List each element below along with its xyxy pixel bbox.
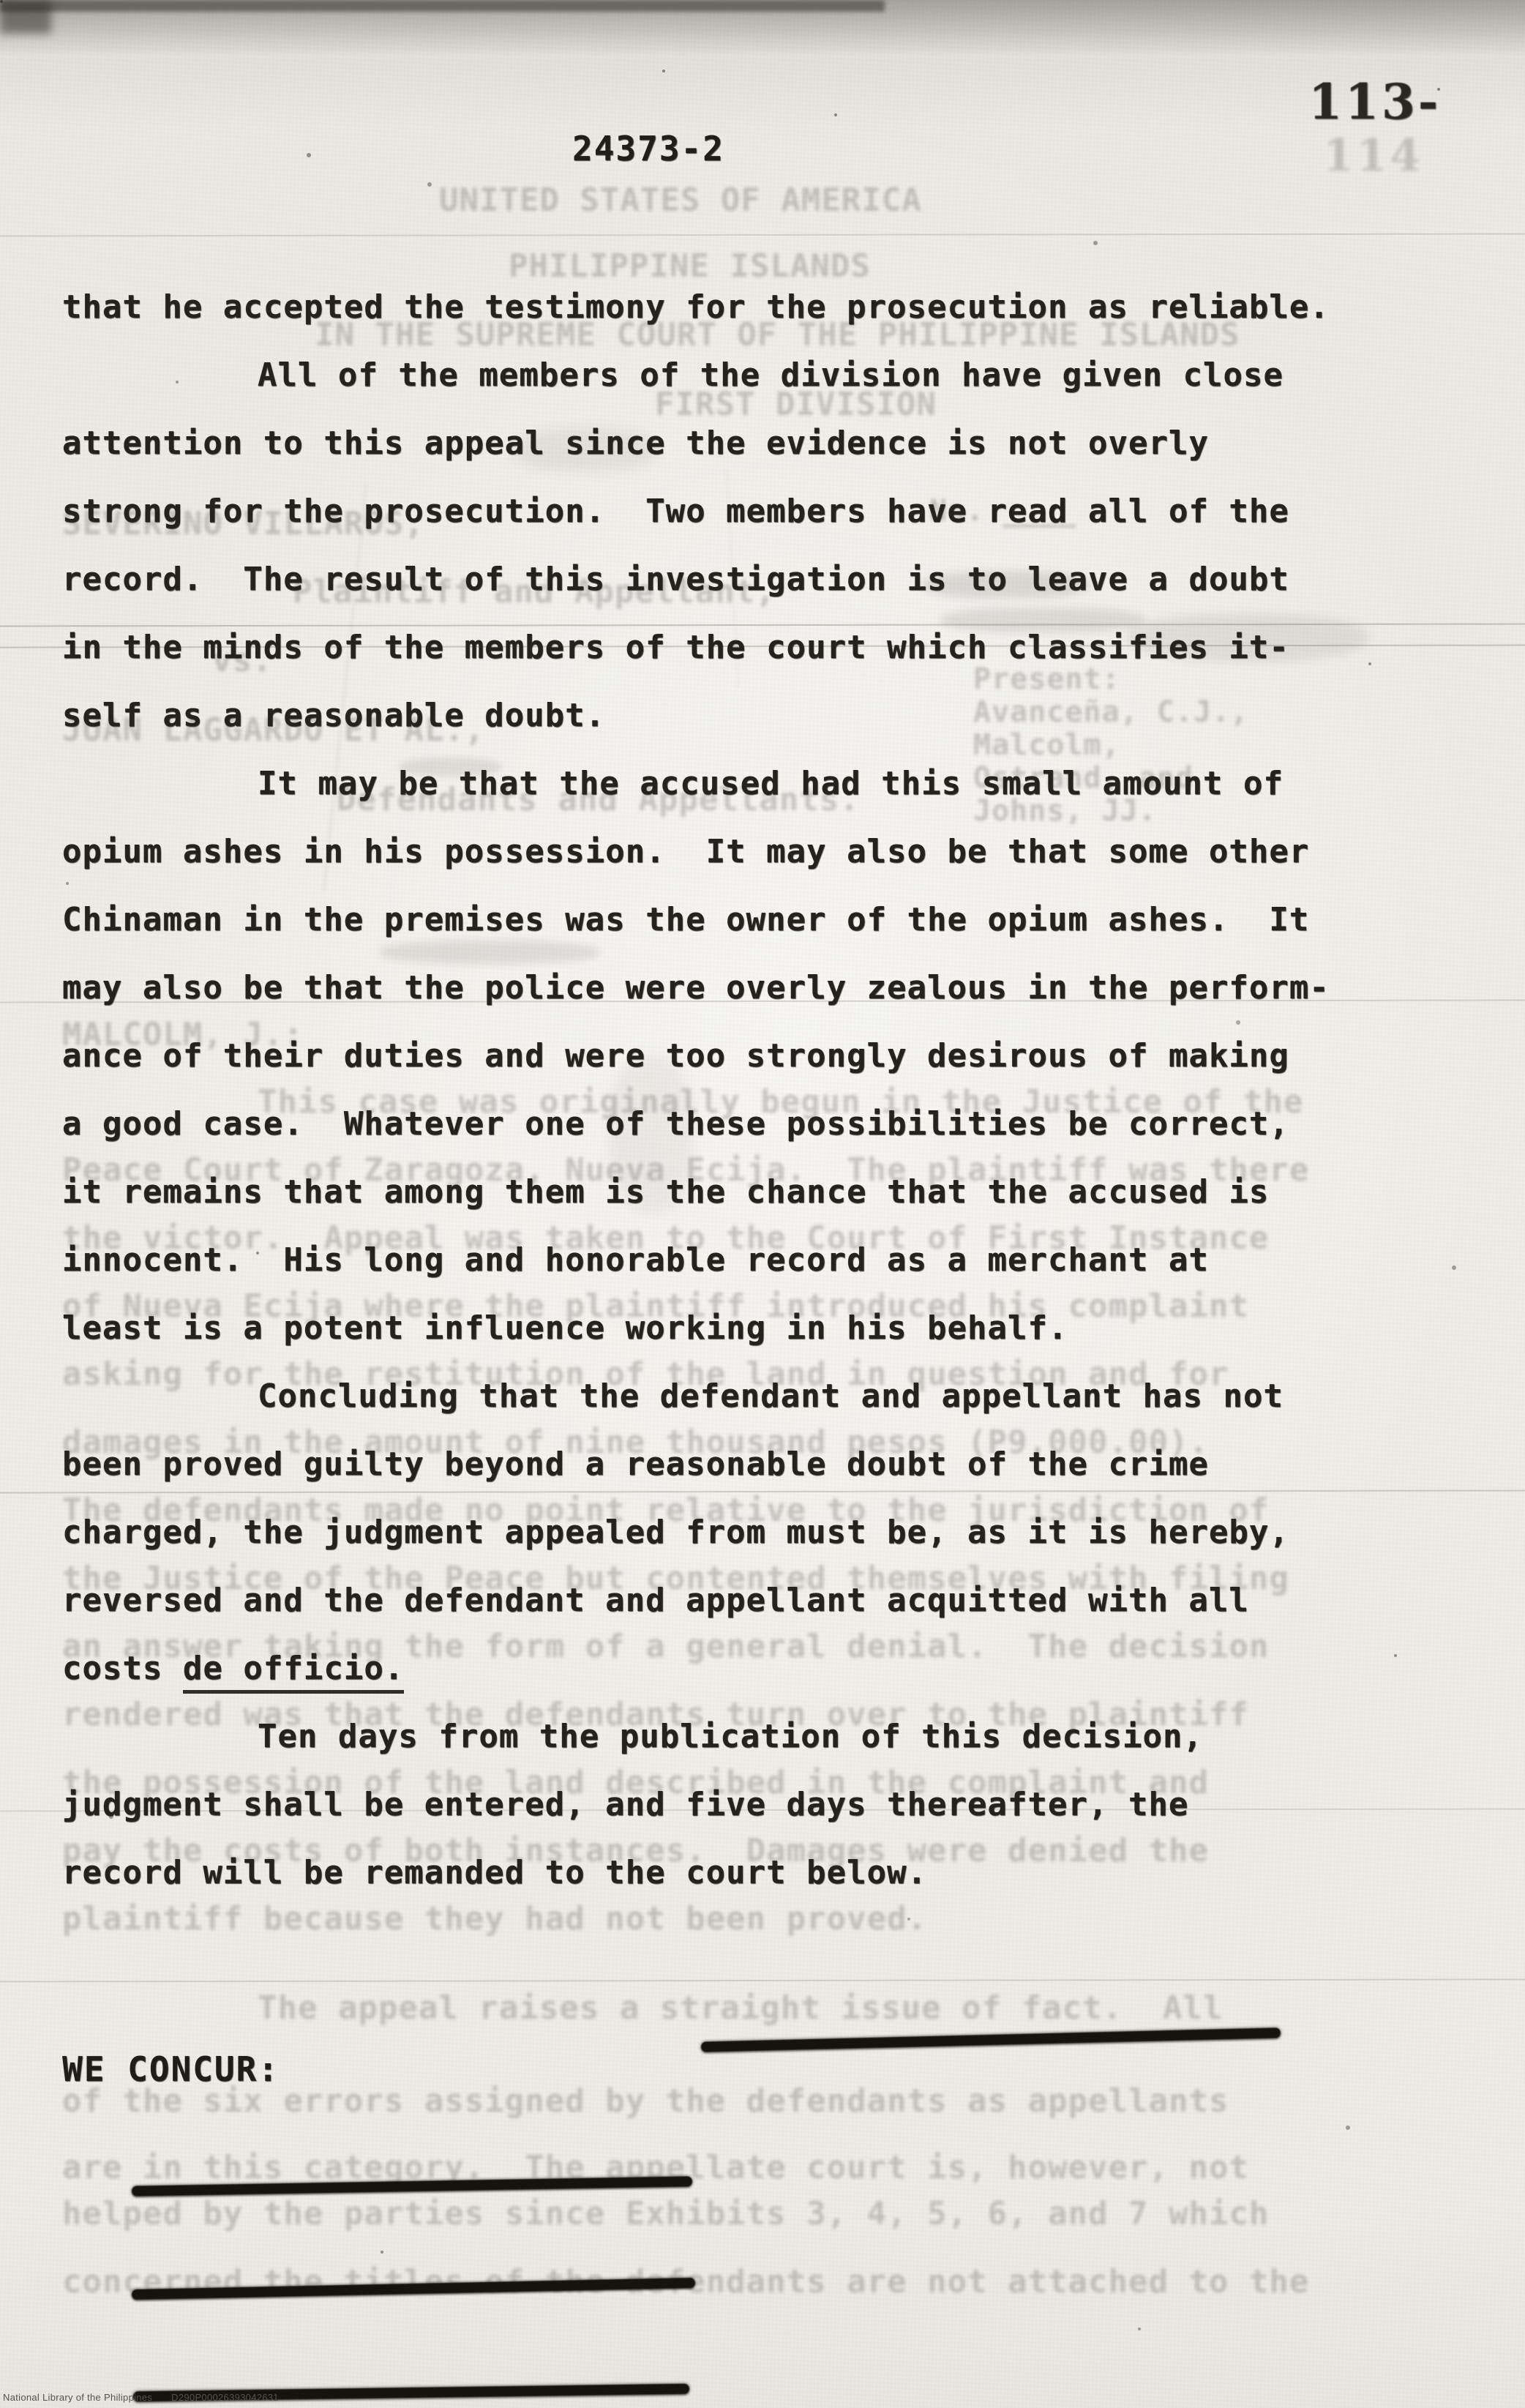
- ghost-right-column-line: Malcolm,: [973, 728, 1120, 762]
- typed-line: strong for the prosecution. Two members …: [62, 493, 1289, 530]
- typed-line: All of the members of the division have …: [258, 356, 1284, 394]
- typed-line: record. The result of this investigation…: [62, 561, 1289, 598]
- underlined-text: de officio.: [183, 1650, 404, 1694]
- typed-line: ance of their duties and were too strong…: [62, 1037, 1289, 1074]
- typed-line: self as a reasonable doubt.: [62, 697, 605, 734]
- ghost-paragraph-line: plaintiff because they had not been prov…: [62, 1900, 927, 1937]
- dust-specks: [0, 0, 3, 3]
- typed-line: been proved guilty beyond a reasonable d…: [62, 1446, 1209, 1483]
- typed-line: charged, the judgment appealed from must…: [62, 1514, 1289, 1551]
- ghost-right-column-line: Avanceña, C.J.,: [973, 695, 1248, 729]
- archive-stamp: National Library of the PhilippinesD290P…: [3, 2392, 279, 2403]
- typed-line: reversed and the defendant and appellant…: [62, 1582, 1249, 1619]
- typed-line: It may be that the accused had this smal…: [258, 765, 1284, 802]
- typed-line: attention to this appeal since the evide…: [62, 425, 1209, 462]
- typed-line: Chinaman in the premises was the owner o…: [62, 901, 1309, 938]
- scan-line: [0, 233, 1525, 237]
- typed-line: judgment shall be entered, and five days…: [62, 1786, 1188, 1823]
- typed-line: innocent. His long and honorable record …: [62, 1241, 1209, 1279]
- typed-line: Ten days from the publication of this de…: [258, 1718, 1203, 1755]
- scan-line: [0, 1979, 1525, 1983]
- archive-stamp-code: D290P00026393042631: [171, 2392, 279, 2403]
- typed-text: costs: [62, 1650, 183, 1687]
- scanned-document-page: UNITED STATES OF AMERICAPHILIPPINE ISLAN…: [0, 0, 1525, 2408]
- scan-top-edge-dark-band: [0, 0, 885, 12]
- ghost-page-number: 114: [1323, 130, 1423, 182]
- ghost-right-column-line: Present:: [973, 662, 1120, 696]
- ink-smudge: [381, 941, 600, 964]
- typed-line: least is a potent influence working in h…: [62, 1309, 1068, 1347]
- document-number: 24373-2: [572, 129, 724, 168]
- ghost-paragraph-line: The appeal raises a straight issue of fa…: [258, 1989, 1224, 2027]
- typed-line: opium ashes in his possession. It may al…: [62, 833, 1309, 870]
- page-number: 113-: [1308, 73, 1441, 130]
- scan-top-left-corner-shadow: [0, 0, 51, 34]
- typed-line: may also be that the police were overly …: [62, 969, 1330, 1006]
- typed-line: in the minds of the members of the court…: [62, 629, 1289, 666]
- typed-line: it remains that among them is the chance…: [62, 1173, 1269, 1211]
- typed-line: that he accepted the testimony for the p…: [62, 288, 1330, 326]
- ghost-header-line: PHILIPPINE ISLANDS: [509, 247, 871, 285]
- we-concur-label: WE CONCUR:: [62, 2049, 280, 2089]
- typed-line: costs de officio.: [62, 1650, 404, 1687]
- typed-line: record will be remanded to the court bel…: [62, 1854, 927, 1891]
- typed-line: a good case. Whatever one of these possi…: [62, 1105, 1289, 1143]
- typed-line: Concluding that the defendant and appell…: [258, 1377, 1284, 1415]
- archive-stamp-library: National Library of the Philippines: [3, 2392, 152, 2403]
- ghost-header-line: UNITED STATES OF AMERICA: [439, 182, 922, 219]
- ghost-paragraph-line: helped by the parties since Exhibits 3, …: [62, 2195, 1269, 2232]
- blackout-line: [701, 2027, 1281, 2052]
- paper-crease: [323, 484, 368, 891]
